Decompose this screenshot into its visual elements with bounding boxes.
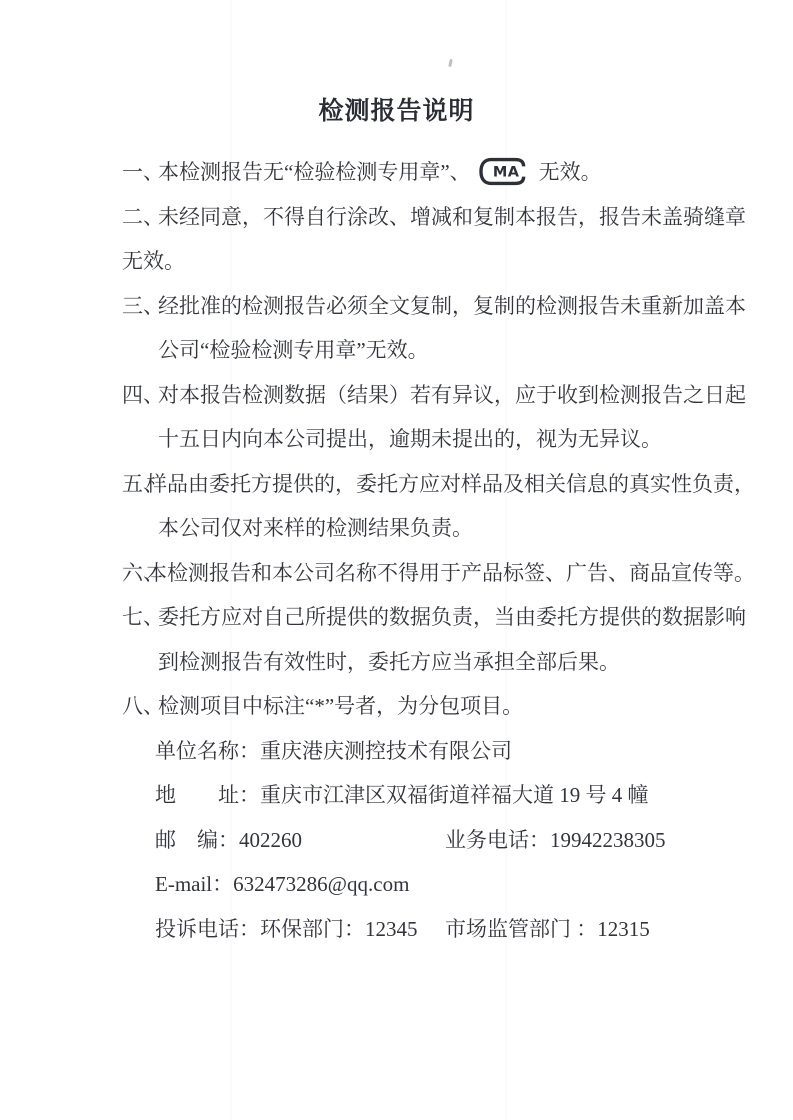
complaint-env-col: 投诉电话：环保部门：12345 xyxy=(155,907,445,952)
company-info: 单位名称：重庆港庆测控技术有限公司 地 址：重庆市江津区双福街道祥福大道 19 … xyxy=(155,729,697,952)
clause-text: 检测项目中标注“*”号者，为分包项目。 xyxy=(158,694,523,718)
clause-number: 五、 xyxy=(122,462,146,507)
company-address-label: 地 址： xyxy=(155,783,260,807)
company-name-label: 单位名称： xyxy=(155,739,260,763)
clause-3: 三、经批准的检测报告必须全文复制，复制的检测报告未重新加盖本 xyxy=(122,284,697,329)
clause-text: 本公司仅对来样的检测结果负责。 xyxy=(158,516,473,540)
page-title: 检测报告说明 xyxy=(0,96,793,128)
clause-text: 无效。 xyxy=(539,160,602,184)
clause-4: 四、对本报告检测数据（结果）若有异议，应于收到检测报告之日起 xyxy=(122,373,697,418)
company-name-row: 单位名称：重庆港庆测控技术有限公司 xyxy=(155,729,697,774)
clause-number: 八、 xyxy=(122,684,158,729)
clause-text: 委托方应对自己所提供的数据负责，当由委托方提供的数据影响 xyxy=(158,605,746,629)
clause-text: 本检测报告无“检验检测专用章”、 xyxy=(158,160,471,184)
clause-text: 未经同意，不得自行涂改、增减和复制本报告，报告未盖骑缝章 xyxy=(158,205,746,229)
clause-2-continuation: 无效。 xyxy=(122,239,697,284)
clause-6: 六、本检测报告和本公司名称不得用于产品标签、广告、商品宣传等。 xyxy=(122,551,697,596)
zip-value: 402260 xyxy=(239,828,302,852)
env-dept-phone: 12345 xyxy=(365,917,418,941)
cma-certification-mark-icon: MA xyxy=(478,157,530,186)
clause-text: 对本报告检测数据（结果）若有异议，应于收到检测报告之日起 xyxy=(158,383,746,407)
clause-text: 到检测报告有效性时，委托方应当承担全部后果。 xyxy=(158,650,620,674)
email-row: E-mail：632473286@qq.com xyxy=(155,862,697,907)
email-label: E-mail： xyxy=(155,872,233,896)
company-address-row: 地 址：重庆市江津区双福街道祥福大道 19 号 4 幢 xyxy=(155,773,697,818)
report-instructions-page: 检测报告说明 一、本检测报告无“检验检测专用章”、MA无效。 二、未经同意，不得… xyxy=(0,0,793,1120)
clause-number: 四、 xyxy=(122,373,158,418)
clause-number: 一、 xyxy=(122,150,158,195)
complaint-label: 投诉电话： xyxy=(155,917,260,941)
clause-text: 样品由委托方提供的，委托方应对样品及相关信息的真实性负责， xyxy=(146,472,755,496)
clause-number: 六、 xyxy=(122,551,146,596)
zip-col: 邮 编：402260 xyxy=(155,818,445,863)
clause-5-continuation: 本公司仅对来样的检测结果负责。 xyxy=(122,506,697,551)
clause-2: 二、未经同意，不得自行涂改、增减和复制本报告，报告未盖骑缝章 xyxy=(122,195,697,240)
clause-number: 三、 xyxy=(122,284,158,329)
phone-col: 业务电话：19942238305 xyxy=(445,828,666,852)
env-dept-label: 环保部门： xyxy=(260,917,365,941)
clause-text: 公司“检验检测专用章”无效。 xyxy=(158,338,429,362)
company-address: 重庆市江津区双福街道祥福大道 19 号 4 幢 xyxy=(260,783,649,807)
cma-mark-label: MA xyxy=(493,165,520,181)
clause-text: 本检测报告和本公司名称不得用于产品标签、广告、商品宣传等。 xyxy=(146,561,755,585)
clause-4-continuation: 十五日内向本公司提出，逾期未提出的，视为无异议。 xyxy=(122,417,697,462)
market-dept-label: 市场监管部门 ： xyxy=(445,917,597,941)
business-phone-label: 业务电话： xyxy=(445,828,550,852)
clause-3-continuation: 公司“检验检测专用章”无效。 xyxy=(122,328,697,373)
clause-text: 十五日内向本公司提出，逾期未提出的，视为无异议。 xyxy=(158,427,662,451)
zip-phone-row: 邮 编：402260业务电话：19942238305 xyxy=(155,818,697,863)
scan-speck xyxy=(448,59,453,67)
clause-text: 无效。 xyxy=(122,249,185,273)
clause-number: 七、 xyxy=(122,595,158,640)
clause-7-continuation: 到检测报告有效性时，委托方应当承担全部后果。 xyxy=(122,640,697,685)
business-phone-value: 19942238305 xyxy=(550,828,666,852)
clause-number: 二、 xyxy=(122,195,158,240)
document-body: 一、本检测报告无“检验检测专用章”、MA无效。 二、未经同意，不得自行涂改、增减… xyxy=(122,150,697,951)
email-value: 632473286@qq.com xyxy=(233,872,409,896)
market-dept-phone: 12315 xyxy=(597,917,650,941)
clause-5: 五、样品由委托方提供的，委托方应对样品及相关信息的真实性负责， xyxy=(122,462,697,507)
company-name: 重庆港庆测控技术有限公司 xyxy=(260,739,512,763)
clause-8: 八、检测项目中标注“*”号者，为分包项目。 xyxy=(122,684,697,729)
clause-1: 一、本检测报告无“检验检测专用章”、MA无效。 xyxy=(122,150,697,195)
complaint-row: 投诉电话：环保部门：12345市场监管部门 ：12315 xyxy=(155,907,697,952)
zip-label: 邮 编： xyxy=(155,828,239,852)
clause-7: 七、委托方应对自己所提供的数据负责，当由委托方提供的数据影响 xyxy=(122,595,697,640)
clause-text: 经批准的检测报告必须全文复制，复制的检测报告未重新加盖本 xyxy=(158,294,746,318)
complaint-market-col: 市场监管部门 ：12315 xyxy=(445,917,650,941)
